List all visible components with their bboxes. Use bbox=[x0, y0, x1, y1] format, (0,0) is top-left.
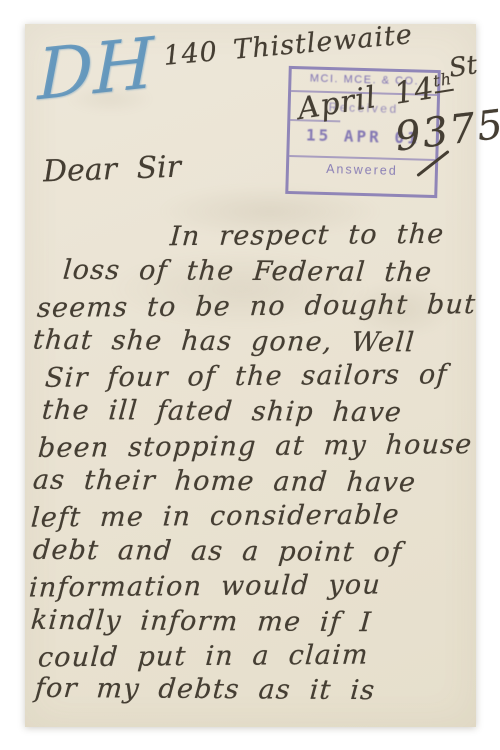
salutation: Dear Sir bbox=[42, 150, 181, 190]
letter-paper: DH 140 Thistlewaite St MCI. MCE. & CO. R… bbox=[25, 24, 476, 727]
letter-line: kindly inform me if I bbox=[30, 605, 373, 638]
letter-line: information would you bbox=[28, 569, 382, 603]
stamp-answered-label: Answered bbox=[289, 161, 435, 179]
letter-line: In respect to the bbox=[169, 219, 445, 252]
letter-line: as their home and have bbox=[32, 465, 418, 499]
letter-line: been stopping at my house bbox=[37, 429, 473, 464]
letter-line: Sir four of the sailors of bbox=[44, 359, 449, 394]
letter-line: the ill fated ship have bbox=[41, 395, 404, 428]
scanned-letter-page: { "letter": { "archivist_initials": "DH"… bbox=[0, 0, 500, 750]
letter-line: loss of the Federal the bbox=[62, 255, 434, 289]
letter-line: seems to be no dought but bbox=[36, 289, 477, 324]
address-line: 140 Thistlewaite bbox=[162, 19, 414, 72]
letter-line: debt and as a point of bbox=[32, 535, 404, 569]
handwritten-date-suffix: th bbox=[432, 69, 454, 94]
letter-line: for my debts as it is bbox=[34, 673, 377, 706]
ink-showthrough bbox=[65, 84, 155, 114]
letter-line: could put in a claim bbox=[37, 640, 370, 674]
letter-line: that she has gone, Well bbox=[32, 325, 416, 359]
letter-line: left me in considerable bbox=[30, 499, 401, 533]
